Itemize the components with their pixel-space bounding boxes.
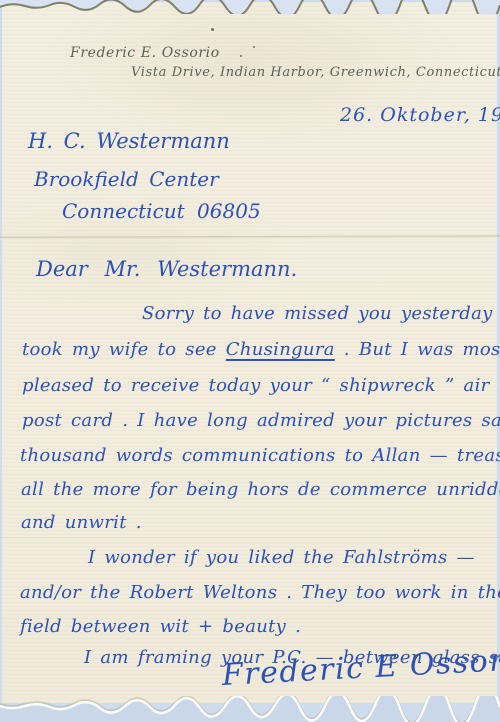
letterhead-address: Vista Drive, Indian Harbor, Greenwich, C… xyxy=(131,65,500,80)
scan-background: Frederic E. Ossorio Vista Drive, Indian … xyxy=(0,0,500,722)
body-line: thousand words communications to Allan —… xyxy=(20,445,500,466)
body-line: pleased to receive today your “ shipwrec… xyxy=(22,375,500,396)
body-line: Sorry to have missed you yesterday . I xyxy=(142,303,500,324)
body-line-segment: took my wife to see xyxy=(22,339,226,360)
letterhead-name: Frederic E. Ossorio xyxy=(70,45,220,61)
recipient-line: Connecticut 06805 xyxy=(62,199,261,223)
deckle-top-edge xyxy=(0,0,500,14)
body-line: and unwrit . xyxy=(21,512,142,533)
paper-speck xyxy=(211,28,214,31)
recipient-line: Brookfield Center xyxy=(34,167,219,191)
date-line: 26. Oktober, 1966 xyxy=(340,104,500,126)
fold-crease-faint xyxy=(0,537,500,539)
body-line: all the more for being hors de commerce … xyxy=(21,479,500,500)
paper-speck xyxy=(253,46,255,48)
body-line: post card . I have long admired your pic… xyxy=(22,410,500,431)
deckle-bottom-edge xyxy=(0,696,500,722)
body-line: and/or the Robert Weltons . They too wor… xyxy=(20,582,500,603)
body-line: I wonder if you liked the Fahlströms — xyxy=(88,547,475,568)
body-line: took my wife to see Chusingura . But I w… xyxy=(22,339,500,360)
paper-speck xyxy=(240,55,242,57)
salutation: Dear Mr. Westermann. xyxy=(36,257,297,281)
body-line-segment: . But I was most xyxy=(335,339,500,360)
recipient-name: H. C. Westermann xyxy=(28,129,230,153)
body-line: field between wit + beauty . xyxy=(20,616,301,637)
underlined-title: Chusingura xyxy=(226,339,335,360)
